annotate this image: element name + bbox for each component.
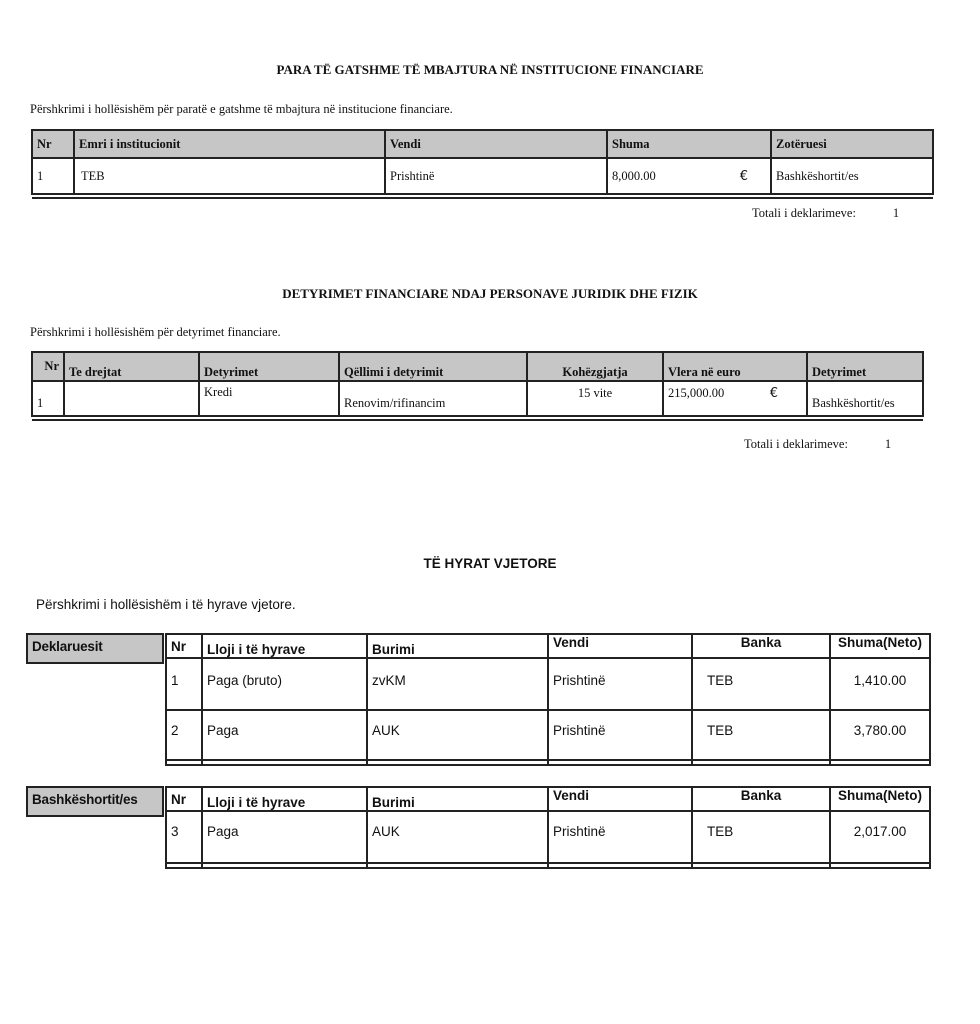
- group-label-spouse: Bashkëshortit/es: [26, 786, 164, 817]
- col-header-nr: Nr: [32, 352, 64, 381]
- cell-duration: 15 vite: [527, 381, 663, 416]
- col-header-nr: Nr: [166, 787, 202, 811]
- section-title-cash: PARA TË GATSHME TË MBAJTURA NË INSTITUCI…: [0, 62, 980, 78]
- cell-type: Paga (bruto): [202, 658, 367, 710]
- total-value: 1: [851, 437, 891, 452]
- income-table-declarant: Nr Lloji i të hyrave Burimi Vendi Banka …: [165, 633, 931, 766]
- cell-place: Prishtinë: [548, 658, 692, 710]
- cell-owner: Bashkëshortit/es: [771, 158, 933, 194]
- cell-place: Prishtinë: [548, 710, 692, 760]
- cell-nr: 1: [166, 658, 202, 710]
- col-header-source: Burimi: [367, 787, 548, 811]
- table-row: 2 Paga AUK Prishtinë TEB 3,780.00: [166, 710, 930, 760]
- table-row: 1 Kredi Renovim/rifinancim 15 vite € 215…: [32, 381, 923, 416]
- cell-obligation: Kredi: [199, 381, 339, 416]
- section-description-liabilities: Përshkrimi i hollësishëm për detyrimet f…: [30, 325, 281, 340]
- total-label: Totali i deklarimeve:: [752, 206, 856, 220]
- section-title-income: TË HYRAT VJETORE: [0, 556, 980, 571]
- cell-nr: 1: [32, 381, 64, 416]
- cell-bank: TEB: [692, 710, 830, 760]
- section-description-income: Përshkrimi i hollësishëm i të hyrave vje…: [36, 597, 296, 612]
- col-header-source: Burimi: [367, 634, 548, 658]
- cell-place: Prishtinë: [385, 158, 607, 194]
- col-header-amount: Shuma(Neto): [830, 634, 930, 658]
- cell-institution: TEB: [74, 158, 385, 194]
- col-header-nr: Nr: [166, 634, 202, 658]
- col-header-duration: Kohëzgjatja: [527, 352, 663, 381]
- euro-icon: €: [770, 386, 778, 401]
- col-header-amount: Shuma(Neto): [830, 787, 930, 811]
- col-header-type: Lloji i të hyrave: [202, 787, 367, 811]
- cell-source: AUK: [367, 811, 548, 863]
- col-header-place: Vendi: [548, 787, 692, 811]
- col-header-place: Vendi: [385, 130, 607, 158]
- total-value: 1: [859, 206, 899, 221]
- total-declarations-cash: Totali i deklarimeve: 1: [752, 206, 899, 221]
- cell-bank: TEB: [692, 658, 830, 710]
- value-amount: 215,000.00: [668, 386, 724, 400]
- cell-source: AUK: [367, 710, 548, 760]
- cash-table: Nr Emri i institucionit Vendi Shuma Zotë…: [31, 129, 934, 199]
- col-header-institution: Emri i institucionit: [74, 130, 385, 158]
- cell-source: zvKM: [367, 658, 548, 710]
- col-header-bank: Banka: [692, 787, 830, 811]
- col-header-purpose: Qëllimi i detyrimit: [339, 352, 527, 381]
- total-label: Totali i deklarimeve:: [744, 437, 848, 451]
- liabilities-table: Nr Te drejtat Detyrimet Qëllimi i detyri…: [31, 351, 924, 421]
- col-header-bank: Banka: [692, 634, 830, 658]
- cell-type: Paga: [202, 710, 367, 760]
- cell-nr: 1: [32, 158, 74, 194]
- cell-amount: € 8,000.00: [607, 158, 771, 194]
- section-description-cash: Përshkrimi i hollësishëm për paratë e ga…: [30, 102, 453, 117]
- table-row: 1 Paga (bruto) zvKM Prishtinë TEB 1,410.…: [166, 658, 930, 710]
- cell-type: Paga: [202, 811, 367, 863]
- table-row: 1 TEB Prishtinë € 8,000.00 Bashkëshortit…: [32, 158, 933, 194]
- cell-nr: 2: [166, 710, 202, 760]
- cell-purpose: Renovim/rifinancim: [339, 381, 527, 416]
- col-header-amount: Shuma: [607, 130, 771, 158]
- cell-rights: [64, 381, 199, 416]
- cell-nr: 3: [166, 811, 202, 863]
- section-title-liabilities: DETYRIMET FINANCIARE NDAJ PERSONAVE JURI…: [0, 286, 980, 302]
- col-header-place: Vendi: [548, 634, 692, 658]
- total-declarations-liabilities: Totali i deklarimeve: 1: [744, 437, 891, 452]
- col-header-obligation: Detyrimet: [199, 352, 339, 381]
- table-row: 3 Paga AUK Prishtinë TEB 2,017.00: [166, 811, 930, 863]
- group-label-declarant: Deklaruesit: [26, 633, 164, 664]
- cell-amount: 2,017.00: [830, 811, 930, 863]
- col-header-holder: Detyrimet: [807, 352, 923, 381]
- cell-amount: 1,410.00: [830, 658, 930, 710]
- col-header-value: Vlera në euro: [663, 352, 807, 381]
- col-header-type: Lloji i të hyrave: [202, 634, 367, 658]
- cell-holder: Bashkëshortit/es: [807, 381, 923, 416]
- cell-bank: TEB: [692, 811, 830, 863]
- col-header-nr: Nr: [32, 130, 74, 158]
- cell-value: € 215,000.00: [663, 381, 807, 416]
- cell-amount: 3,780.00: [830, 710, 930, 760]
- income-table-spouse: Nr Lloji i të hyrave Burimi Vendi Banka …: [165, 786, 931, 869]
- amount-value: 8,000.00: [612, 169, 656, 183]
- col-header-rights: Te drejtat: [64, 352, 199, 381]
- cell-place: Prishtinë: [548, 811, 692, 863]
- euro-icon: €: [740, 169, 748, 184]
- col-header-owner: Zotëruesi: [771, 130, 933, 158]
